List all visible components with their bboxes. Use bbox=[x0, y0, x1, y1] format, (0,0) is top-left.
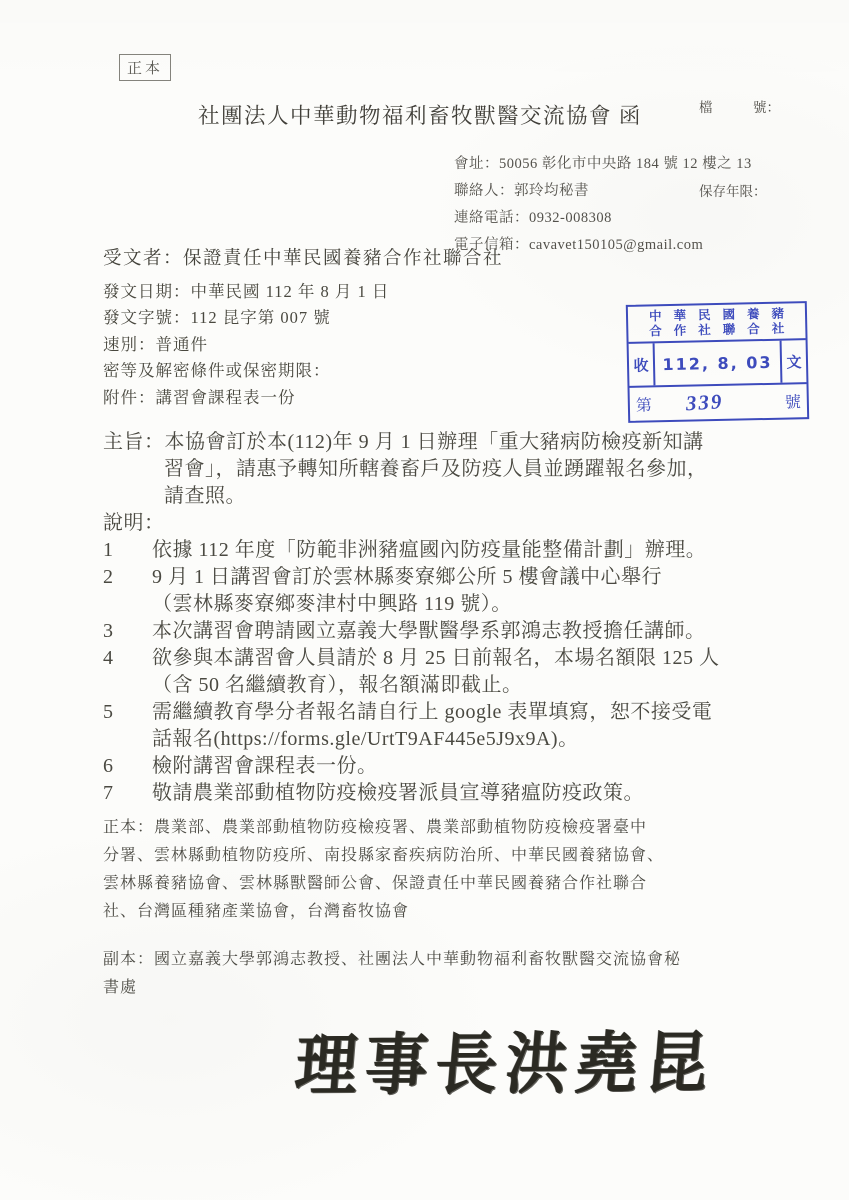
distribution-copy: 副本：國立嘉義大學郭鴻志教授、社團法人中華動物福利畜牧獸醫交流協會秘 書處 bbox=[103, 946, 773, 1002]
item-text: 檢附講習會課程表一份。 bbox=[152, 755, 378, 777]
stamp-doc-char: 文 bbox=[780, 340, 807, 383]
explanation-item-2: 29 月 1 日講習會訂於雲林縣麥寮鄉公所 5 樓會議中心舉行 （雲林縣麥寮鄉麥… bbox=[103, 564, 765, 618]
item-text: 本次講習會聘請國立嘉義大學獸醫學系郭鴻志教授擔任講師。 bbox=[152, 620, 706, 642]
explanation-item-7: 7敬請農業部動植物防疫檢疫署派員宣導豬瘟防疫政策。 bbox=[103, 780, 765, 807]
stamp-received-date: 112, 8, 03 bbox=[655, 341, 781, 386]
item-number: 4 bbox=[103, 645, 152, 672]
stamp-handwritten-number: 339 bbox=[685, 389, 724, 416]
security-line: 密等及解密條件或保密期限： bbox=[103, 358, 503, 385]
stamp-date-row: 收 112, 8, 03 文 bbox=[629, 340, 807, 388]
subject-paragraph: 主旨：本協會訂於本(112)年 9 月 1 日辦理「重大豬病防檢疫新知講 習會」… bbox=[103, 429, 765, 510]
sender-address: 會址：50056 彰化市中央路 184 號 12 樓之 13 bbox=[454, 151, 752, 178]
item-number: 6 bbox=[103, 753, 152, 780]
subject-text: 本協會訂於本(112)年 9 月 1 日辦理「重大豬病防檢疫新知講 習會」，請惠… bbox=[164, 431, 708, 507]
explanation-item-3: 3本次講習會聘請國立嘉義大學獸醫學系郭鴻志教授擔任講師。 bbox=[103, 618, 765, 645]
recipient-line: 受文者：保證責任中華民國養豬合作社聯合社 bbox=[103, 246, 503, 273]
item-text: 欲參與本講習會人員請於 8 月 25 日前報名，本場名額限 125 人 （含 5… bbox=[152, 647, 720, 696]
letter-meta-block: 受文者：保證責任中華民國養豬合作社聯合社 發文日期：中華民國 112 年 8 月… bbox=[103, 246, 503, 412]
scanned-official-letter: 正本 檔 號： 保存年限： 社團法人中華動物福利畜牧獸醫交流協會 函 會址：50… bbox=[0, 0, 849, 1200]
copy-type-label: 正本 bbox=[119, 54, 171, 81]
received-stamp: 中華民國養豬 合作社聯合社 收 112, 8, 03 文 第 339 號 bbox=[626, 301, 809, 423]
stamp-number-row: 第 339 號 bbox=[630, 384, 808, 421]
attachment-line: 附件：講習會課程表一份 bbox=[103, 385, 503, 412]
item-number: 2 bbox=[103, 564, 152, 591]
stamp-number-suffix: 號 bbox=[785, 389, 807, 412]
sender-info-block: 會址：50056 彰化市中央路 184 號 12 樓之 13 聯絡人：郭玲均秘書… bbox=[454, 151, 752, 259]
stamp-receive-char: 收 bbox=[629, 343, 656, 386]
explanation-item-5: 5需繼續教育學分者報名請自行上 google 表單填寫，恕不接受電 話報名(ht… bbox=[103, 699, 765, 753]
item-text: 需繼續教育學分者報名請自行上 google 表單填寫，恕不接受電 話報名(htt… bbox=[152, 701, 712, 750]
item-text: 敬請農業部動植物防疫檢疫署派員宣導豬瘟防疫政策。 bbox=[152, 782, 644, 804]
distribution-original: 正本：農業部、農業部動植物防疫檢疫署、農業部動植物防疫檢疫署臺中 分署、雲林縣動… bbox=[103, 814, 773, 926]
item-number: 3 bbox=[103, 618, 152, 645]
subject-label: 主旨： bbox=[103, 431, 165, 453]
item-number: 1 bbox=[103, 537, 152, 564]
explanation-item-6: 6檢附講習會課程表一份。 bbox=[103, 753, 765, 780]
chairman-signature: 理事長洪堯昆 bbox=[292, 1009, 720, 1108]
explanation-item-1: 1依據 112 年度「防範非洲豬瘟國內防疫量能整備計劃」辦理。 bbox=[103, 537, 765, 564]
explanation-label: 說明： bbox=[103, 510, 765, 537]
document-title: 社團法人中華動物福利畜牧獸醫交流協會 函 bbox=[45, 99, 795, 130]
doc-number-line: 發文字號：112 昆字第 007 號 bbox=[103, 305, 503, 332]
stamp-org-name: 中華民國養豬 合作社聯合社 bbox=[628, 303, 806, 344]
letter-body: 主旨：本協會訂於本(112)年 9 月 1 日辦理「重大豬病防檢疫新知講 習會」… bbox=[103, 429, 765, 807]
item-text: 9 月 1 日講習會訂於雲林縣麥寮鄉公所 5 樓會議中心舉行 （雲林縣麥寮鄉麥津… bbox=[152, 566, 662, 615]
stamp-org-line2: 合作社聯合社 bbox=[628, 321, 805, 340]
item-number: 7 bbox=[103, 780, 152, 807]
stamp-number-prefix: 第 bbox=[630, 392, 652, 415]
item-text: 依據 112 年度「防範非洲豬瘟國內防疫量能整備計劃」辦理。 bbox=[152, 539, 706, 561]
issue-date-line: 發文日期：中華民國 112 年 8 月 1 日 bbox=[103, 279, 503, 306]
item-number: 5 bbox=[103, 699, 152, 726]
sender-phone: 連絡電話：0932-008308 bbox=[454, 205, 752, 232]
distribution-block: 正本：農業部、農業部動植物防疫檢疫署、農業部動植物防疫檢疫署臺中 分署、雲林縣動… bbox=[103, 814, 773, 1002]
explanation-item-4: 4欲參與本講習會人員請於 8 月 25 日前報名，本場名額限 125 人 （含 … bbox=[103, 645, 765, 699]
sender-contact-person: 聯絡人：郭玲均秘書 bbox=[454, 178, 752, 205]
priority-line: 速別：普通件 bbox=[103, 332, 503, 359]
